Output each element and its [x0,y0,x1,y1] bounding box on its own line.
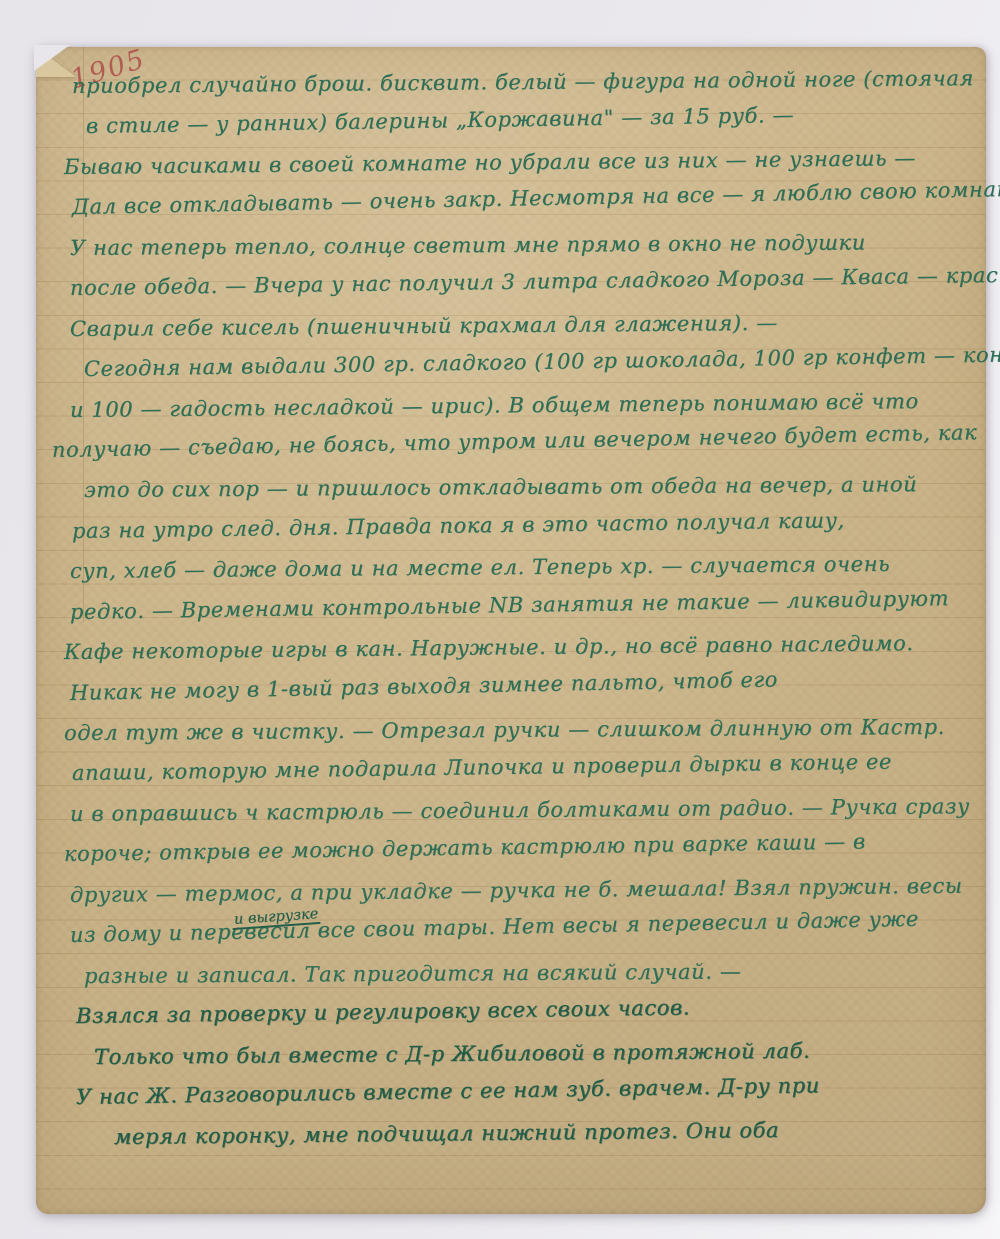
manuscript-page: 1905 приобрел случайно брош. бисквит. бе… [36,47,986,1214]
folded-corner-cut [34,45,70,71]
scanner-background: 1905 приобрел случайно брош. бисквит. бе… [0,0,1000,1239]
handwriting-line: мерял коронку, мне подчищал нижний проте… [114,1116,974,1165]
handwriting-text-block: приобрел случайно брош. бисквит. белый —… [52,74,974,1166]
